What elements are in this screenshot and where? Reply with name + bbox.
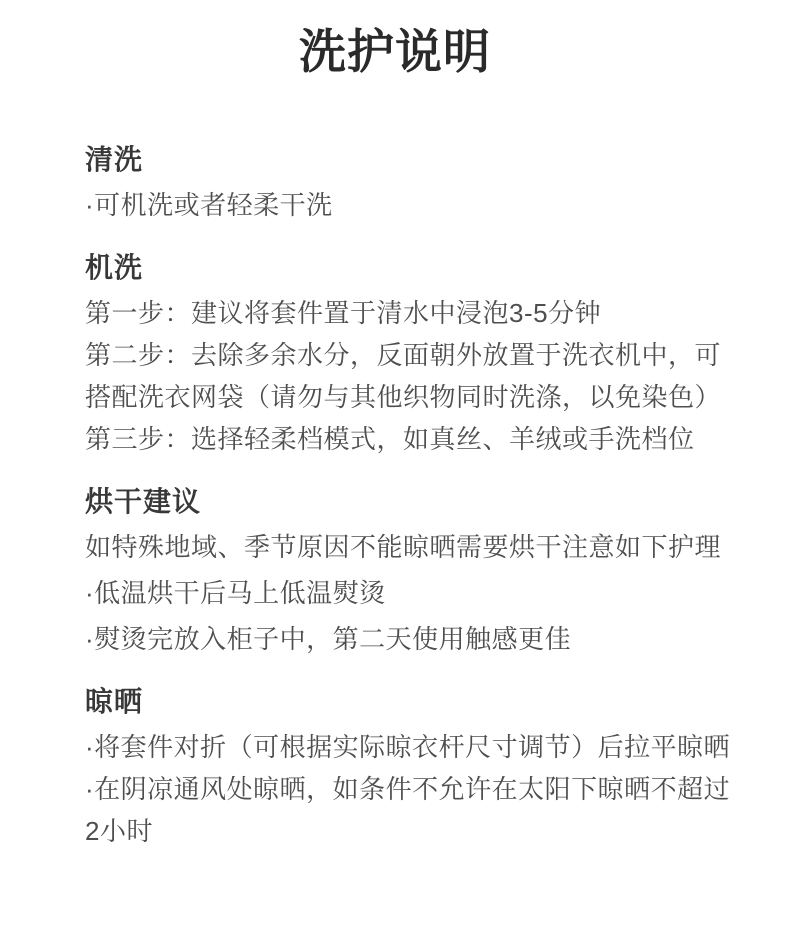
body-line: ·熨烫完放入柜子中，第二天使用触感更佳	[85, 618, 745, 660]
care-instructions-content: 清洗 ·可机洗或者轻柔干洗 机洗 第一步：建议将套件置于清水中浸泡3-5分钟 第…	[85, 142, 745, 852]
care-instructions-page: 洗护说明 清洗 ·可机洗或者轻柔干洗 机洗 第一步：建议将套件置于清水中浸泡3-…	[0, 0, 790, 951]
section-drying-advice: 烘干建议 如特殊地域、季节原因不能晾晒需要烘干注意如下护理 ·低温烘干后马上低温…	[85, 484, 745, 660]
body-line: 第三步：选择轻柔档模式，如真丝、羊绒或手洗档位	[85, 418, 745, 460]
section-machine-wash-heading: 机洗	[85, 250, 745, 286]
body-line: 搭配洗衣网袋（请勿与其他织物同时洗涤，以免染色）	[85, 376, 745, 418]
section-sun-drying: 晾晒 ·将套件对折（可根据实际晾衣杆尺寸调节）后拉平晾晒 ·在阴凉通风处晾晒，如…	[85, 684, 745, 852]
page-title: 洗护说明	[0, 24, 790, 80]
body-line: ·在阴凉通风处晾晒，如条件不允许在太阳下晾晒不超过2小时	[85, 768, 745, 852]
body-line: 如特殊地域、季节原因不能晾晒需要烘干注意如下护理	[85, 526, 745, 568]
body-line: ·可机洗或者轻柔干洗	[85, 184, 745, 226]
section-washing: 清洗 ·可机洗或者轻柔干洗	[85, 142, 745, 226]
section-machine-wash: 机洗 第一步：建议将套件置于清水中浸泡3-5分钟 第二步：去除多余水分，反面朝外…	[85, 250, 745, 460]
body-line: ·低温烘干后马上低温熨烫	[85, 572, 745, 614]
body-line: 第二步：去除多余水分，反面朝外放置于洗衣机中，可	[85, 334, 745, 376]
section-washing-heading: 清洗	[85, 142, 745, 178]
section-drying-advice-heading: 烘干建议	[85, 484, 745, 520]
section-sun-drying-heading: 晾晒	[85, 684, 745, 720]
body-line: ·将套件对折（可根据实际晾衣杆尺寸调节）后拉平晾晒	[85, 726, 745, 768]
body-line: 第一步：建议将套件置于清水中浸泡3-5分钟	[85, 292, 745, 334]
